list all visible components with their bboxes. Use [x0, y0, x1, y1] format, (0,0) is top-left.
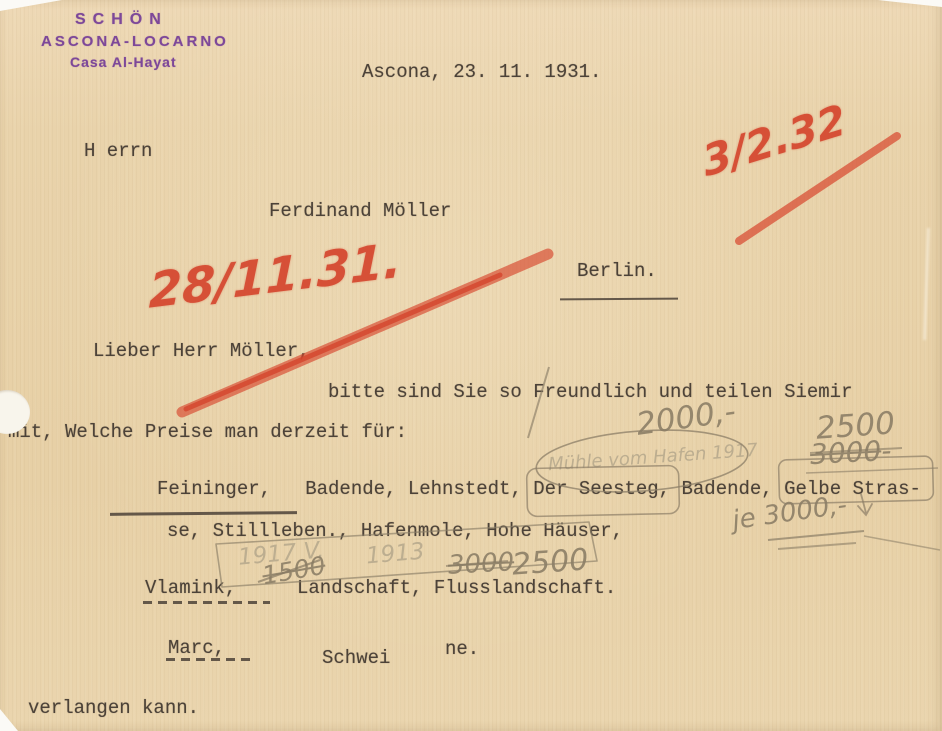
vlamink-underline: [143, 601, 270, 604]
feininger-underline: [110, 511, 297, 515]
greeting: Lieber Herr Möller,: [93, 341, 310, 363]
letterhead-location: ASCONA-LOCARNO: [41, 33, 229, 50]
pencil-price-3000-upper: 3000-: [809, 434, 892, 471]
artist-name-vlamink: Vlamink,: [145, 578, 236, 600]
pencil-circled-note: Mühle vom Hafen 1917: [548, 440, 759, 476]
paper-crease: [923, 228, 930, 340]
closing-line: verlangen kann.: [28, 698, 199, 720]
marc-underline: [166, 658, 254, 661]
artist-name-marc: Marc,: [168, 638, 225, 660]
recipient-city: Berlin.: [577, 261, 657, 283]
artist-line-feininger-2: se, Stillleben., Hafenmole, Hohe Häuser,: [167, 521, 623, 543]
city-underline: [560, 298, 678, 301]
pencil-underline-je3000-1: [768, 531, 864, 540]
pencil-date-1913: 1913: [365, 538, 426, 569]
pencil-price-3000-upper-value: 3000: [809, 434, 882, 471]
paper-corner-top-right: [878, 0, 942, 7]
recipient-name: Ferdinand Möller: [269, 201, 451, 223]
request-line2: mit, Welche Preise man derzeit für:: [8, 422, 407, 444]
letter-page: SCHÖN ASCONA-LOCARNO Casa Al-Hayat Ascon…: [0, 0, 942, 731]
pencil-price-3000-upper-dash: -: [880, 434, 892, 467]
paper-corner-top-left: [0, 0, 62, 11]
pencil-trailing-line: [864, 536, 940, 550]
pencil-underline-je3000-2: [778, 543, 856, 549]
letterhead-house: Casa Al-Hayat: [70, 54, 177, 70]
marc-work-superscript: ne.: [445, 639, 479, 661]
recipient-prefix: H errn: [84, 141, 152, 163]
request-line1: bitte sind Sie so Freundlich und teilen …: [328, 382, 853, 404]
marc-work: Schwei: [322, 648, 390, 670]
pencil-price-3000-mid: 3000: [447, 547, 515, 580]
red-note-top-right: 3/2.32: [699, 95, 850, 187]
red-note-received-date: 28/11.31.: [148, 232, 401, 320]
letterhead-name: SCHÖN: [75, 11, 168, 29]
dateline: Ascona, 23. 11. 1931.: [362, 62, 601, 84]
paper-corner-bottom-left: [0, 709, 18, 731]
pencil-price-2500-mid: 2500: [511, 542, 590, 582]
vlamink-works: Landschaft, Flusslandschaft.: [297, 578, 616, 600]
